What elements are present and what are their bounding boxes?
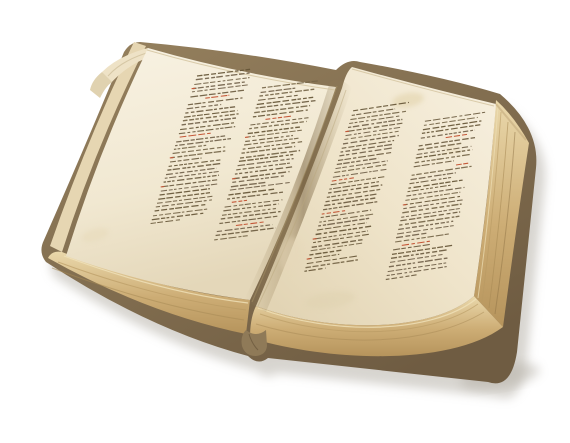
rubric-mark <box>345 131 349 132</box>
manuscript-book-photo <box>0 0 570 443</box>
rubric-mark <box>232 178 236 179</box>
rubric-mark <box>245 137 249 138</box>
rubric-mark <box>403 204 407 205</box>
rubric-mark <box>307 259 311 260</box>
rubric-mark <box>170 157 174 158</box>
rubric-mark <box>313 239 317 240</box>
manuscript-photo-figure <box>0 0 570 443</box>
